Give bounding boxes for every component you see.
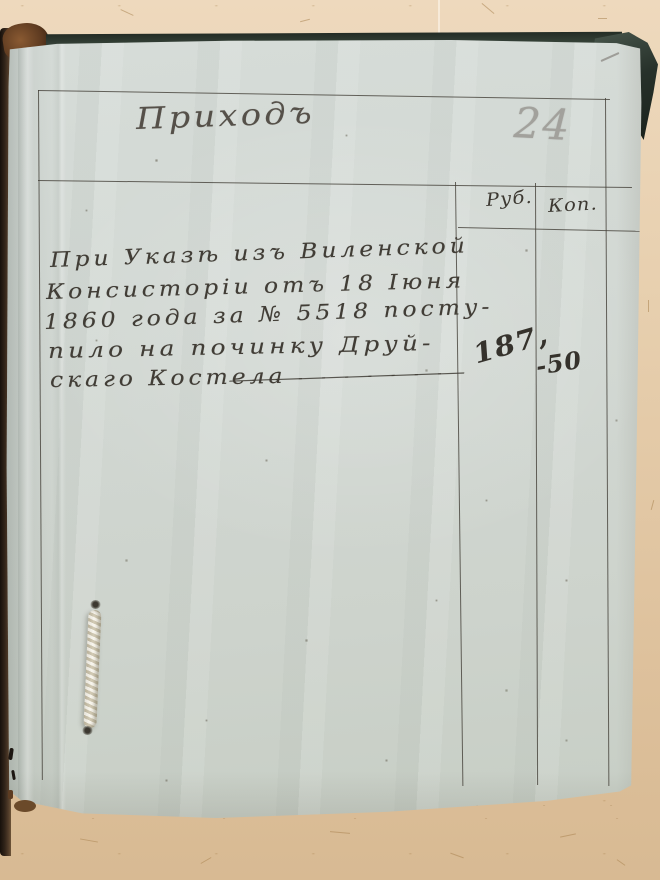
column-header-kopecks: Коп.	[547, 193, 598, 217]
table-rule-left-border	[38, 90, 43, 780]
page-title: Приходъ	[135, 96, 315, 137]
page-shading	[6, 40, 642, 818]
stitch-hole	[82, 726, 93, 735]
leather-fray	[14, 800, 36, 812]
pencil-corner-mark	[600, 52, 619, 62]
table-rule-kopecks-left	[535, 183, 538, 785]
entry-text-line: пило на починку Друй-	[48, 331, 435, 363]
ledger-page: Приходъ 24 Руб. Коп. При Указѣ изъ Вилен…	[6, 40, 642, 818]
column-header-rubles: Руб.	[485, 187, 533, 211]
stitch-hole	[90, 600, 101, 609]
table-rule-subheader	[458, 227, 640, 232]
binding-string	[83, 610, 101, 728]
folio-number: 24	[513, 98, 573, 150]
ledger-photograph: Приходъ 24 Руб. Коп. При Указѣ изъ Вилен…	[0, 0, 660, 880]
table-rule-right-border	[605, 98, 609, 786]
table-rule-header-bottom	[38, 180, 632, 188]
entry-text-line: При Указѣ изъ Виленской	[50, 233, 470, 272]
entry-amount-kopecks: -50	[534, 345, 584, 381]
page-crease	[18, 40, 34, 818]
page-crease	[52, 40, 66, 818]
leather-fray	[8, 790, 13, 799]
